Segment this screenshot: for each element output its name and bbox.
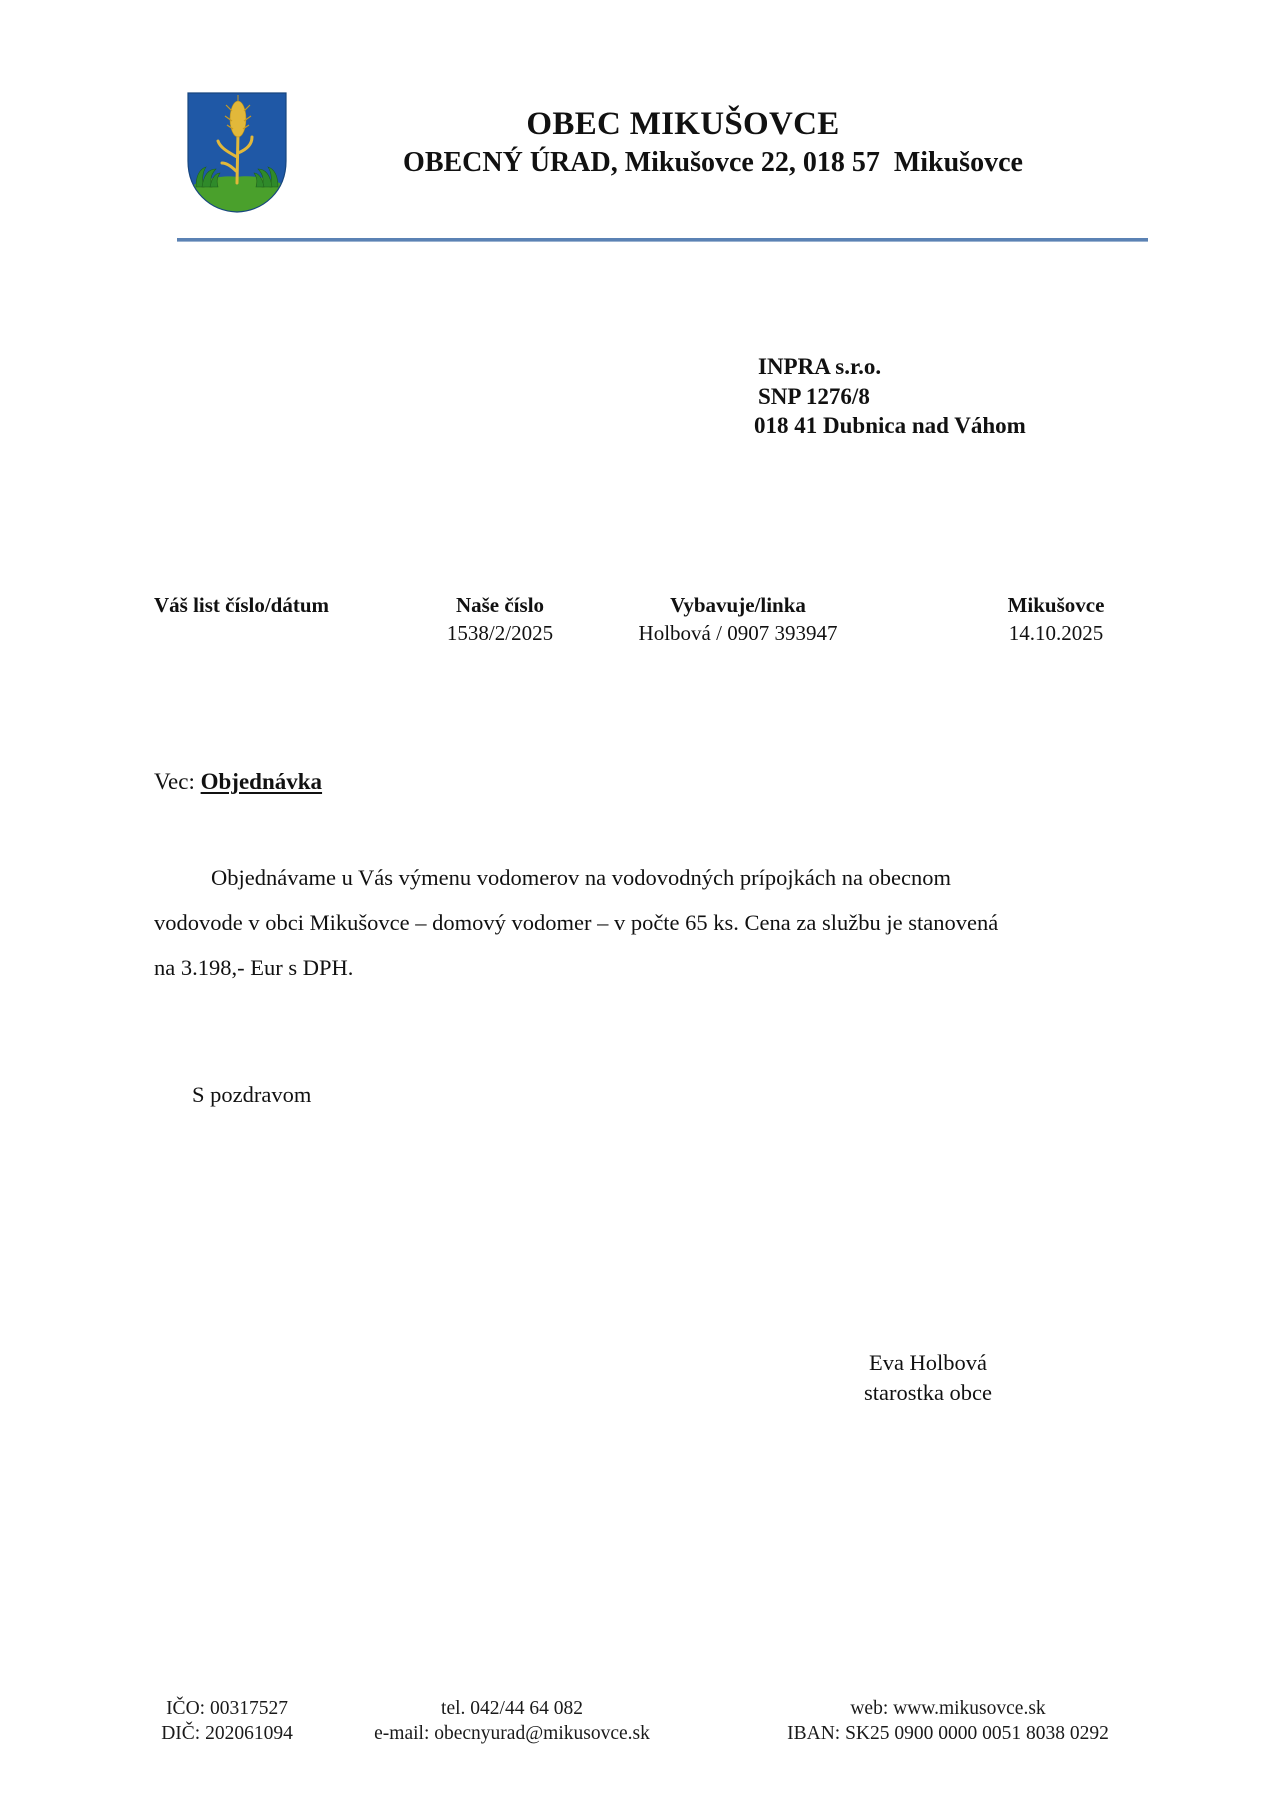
signature-block: Eva Holbová starostka obce	[808, 1348, 1048, 1408]
reference-label: Naše číslo	[420, 591, 580, 619]
reference-label: Vybavuje/linka	[608, 591, 868, 619]
reference-your-letter: Váš list číslo/dátum	[154, 591, 329, 619]
body-line: Objednávame u Vás výmenu vodomerov na vo…	[154, 855, 1154, 900]
footer-web-bank: web: www.mikusovce.sk IBAN: SK25 0900 00…	[758, 1696, 1138, 1746]
coat-of-arms-icon	[186, 91, 288, 213]
subject-line: Vec: Objednávka	[154, 767, 322, 797]
footer-ids: IČO: 00317527 DIČ: 202061094	[137, 1696, 317, 1746]
footer-iban: IBAN: SK25 0900 0000 0051 8038 0292	[758, 1721, 1138, 1746]
reference-label: Mikušovce	[976, 591, 1136, 619]
reference-place-date: Mikušovce 14.10.2025	[976, 591, 1136, 647]
footer-phone: tel. 042/44 64 082	[337, 1696, 687, 1721]
recipient-line: INPRA s.r.o.	[754, 352, 1026, 382]
footer-ico: IČO: 00317527	[137, 1696, 317, 1721]
footer-dic: DIČ: 202061094	[137, 1721, 317, 1746]
footer-web: web: www.mikusovce.sk	[758, 1696, 1138, 1721]
signatory-name: Eva Holbová	[808, 1348, 1048, 1378]
subject-value: Objednávka	[201, 769, 322, 794]
reference-our-number: Naše číslo 1538/2/2025	[420, 591, 580, 647]
letter-body: Objednávame u Vás výmenu vodomerov na vo…	[154, 855, 1154, 990]
reference-label: Váš list číslo/dátum	[154, 591, 329, 619]
closing-salutation: S pozdravom	[192, 1080, 311, 1110]
body-line: vodovode v obci Mikušovce – domový vodom…	[154, 900, 1154, 945]
reference-value: Holbová / 0907 393947	[608, 619, 868, 647]
footer-email: e-mail: obecnyurad@mikusovce.sk	[337, 1721, 687, 1746]
header-divider	[177, 238, 1148, 242]
footer-contact: tel. 042/44 64 082 e-mail: obecnyurad@mi…	[337, 1696, 687, 1746]
recipient-address: INPRA s.r.o. SNP 1276/8 018 41 Dubnica n…	[754, 352, 1026, 441]
organization-address: OBECNÝ ÚRAD, Mikušovce 22, 018 57 Mikušo…	[360, 145, 1066, 181]
reference-value: 1538/2/2025	[420, 619, 580, 647]
reference-value: 14.10.2025	[976, 619, 1136, 647]
subject-label: Vec:	[154, 769, 201, 794]
body-line: na 3.198,- Eur s DPH.	[154, 945, 1154, 990]
organization-name: OBEC MIKUŠOVCE	[383, 104, 983, 144]
recipient-line: 018 41 Dubnica nad Váhom	[754, 411, 1026, 441]
reference-handled-by: Vybavuje/linka Holbová / 0907 393947	[608, 591, 868, 647]
recipient-line: SNP 1276/8	[754, 382, 1026, 412]
signatory-title: starostka obce	[808, 1378, 1048, 1408]
